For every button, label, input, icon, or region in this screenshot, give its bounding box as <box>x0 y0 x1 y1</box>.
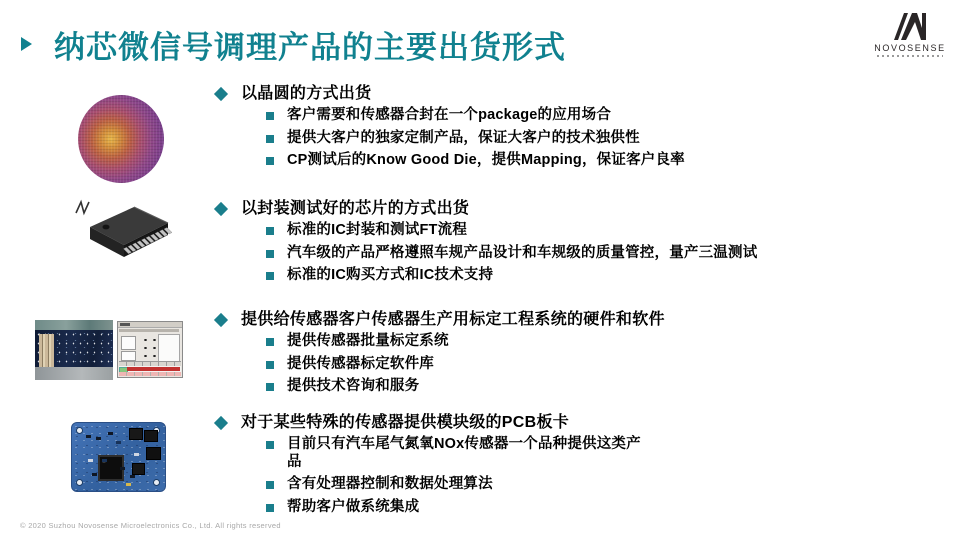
bullet-item: 汽车级的产品严格遵照车规产品设计和车规级的质量管控，量产三温测试 <box>266 245 836 263</box>
bullet-text: 提供技术咨询和服务 <box>287 378 419 396</box>
square-bullet-icon <box>266 157 274 165</box>
novosense-wordmark: NOVOSENSE <box>866 43 954 53</box>
software-progress-bar <box>127 367 180 371</box>
square-bullet-icon <box>266 338 274 346</box>
chip-n-mark-icon <box>76 202 89 213</box>
section-wafer-shipping: 以晶圆的方式出货 客户需要和传感器合封在一个package的应用场合 提供大客户… <box>216 84 836 175</box>
screw-hole <box>76 427 83 434</box>
bullet-text: 提供传感器批量标定系统 <box>287 333 449 351</box>
bullet-item: 目前只有汽车尾气氮氧NOx传感器一个品种提供这类产 品 <box>266 436 836 471</box>
bullet-text: 提供大客户的独家定制产品，保证大客户的技术独供性 <box>287 130 640 148</box>
bullet-item: 客户需要和传感器合封在一个package的应用场合 <box>266 107 836 125</box>
diamond-bullet-icon <box>214 202 228 216</box>
bullet-item: 帮助客户做系统集成 <box>266 499 836 517</box>
section-heading: 以封装测试好的芯片的方式出货 <box>241 199 469 219</box>
section-heading: 对于某些特殊的传感器提供模块级的PCB板卡 <box>241 413 569 433</box>
calibration-software-screenshot <box>117 321 183 378</box>
bullet-text: 客户需要和传感器合封在一个package的应用场合 <box>287 107 611 125</box>
bullet-text: 标准的IC封装和测试FT流程 <box>287 222 467 240</box>
square-bullet-icon <box>266 383 274 391</box>
pcb-component <box>132 463 145 475</box>
square-bullet-icon <box>266 441 274 449</box>
square-bullet-icon <box>266 272 274 280</box>
ic-chip-graphic <box>68 197 178 267</box>
software-panel-box <box>121 351 136 361</box>
software-table-rows <box>119 372 181 376</box>
bullet-item: 含有处理器控制和数据处理算法 <box>266 476 836 494</box>
diamond-bullet-icon <box>214 87 228 101</box>
logo-tagline <box>877 55 943 57</box>
diamond-bullet-icon <box>214 313 228 327</box>
bullet-item: 提供传感器批量标定系统 <box>266 333 836 351</box>
triangle-bullet-icon <box>21 37 32 51</box>
software-table-header <box>119 362 181 366</box>
page-title: 纳芯微信号调理产品的主要出货形式 <box>54 22 566 67</box>
software-panel-box <box>121 336 136 350</box>
bullet-text: 帮助客户做系统集成 <box>287 499 419 517</box>
pcb-component <box>146 447 161 460</box>
software-right-panel <box>158 334 180 362</box>
photo-floor <box>35 367 113 380</box>
bullet-item: 提供传感器标定软件库 <box>266 356 836 374</box>
pcb-component <box>144 430 158 442</box>
screw-hole <box>76 479 83 486</box>
bullet-text: CP测试后的Know Good Die，提供Mapping，保证客户良率 <box>287 152 685 170</box>
square-bullet-icon <box>266 504 274 512</box>
square-bullet-icon <box>266 135 274 143</box>
sensor-strips <box>39 334 54 368</box>
bullet-item: 标准的IC封装和测试FT流程 <box>266 222 836 240</box>
screw-hole <box>153 479 160 486</box>
software-toolbar <box>119 329 179 332</box>
software-status-table <box>119 361 181 376</box>
pcb-main-chip <box>98 455 124 481</box>
bullet-text: 含有处理器控制和数据处理算法 <box>287 476 493 494</box>
diamond-bullet-icon <box>214 416 228 430</box>
bullet-text: 汽车级的产品严格遵照车规产品设计和车规级的质量管控，量产三温测试 <box>287 245 757 263</box>
calibration-equipment-photo <box>35 320 113 380</box>
square-bullet-icon <box>266 250 274 258</box>
section-pcb-module: 对于某些特殊的传感器提供模块级的PCB板卡 目前只有汽车尾气氮氧NOx传感器一个… <box>216 413 836 521</box>
software-title-text <box>120 323 130 326</box>
section-packaged-chip-shipping: 以封装测试好的芯片的方式出货 标准的IC封装和测试FT流程 汽车级的产品严格遵照… <box>216 199 836 290</box>
square-bullet-icon <box>266 112 274 120</box>
novosense-logo-icon <box>887 10 933 42</box>
square-bullet-icon <box>266 361 274 369</box>
novosense-logo: NOVOSENSE <box>866 10 954 57</box>
ic-chip-image <box>68 197 178 267</box>
bullet-item: 标准的IC购买方式和IC技术支持 <box>266 267 836 285</box>
bullet-item: 提供大客户的独家定制产品，保证大客户的技术独供性 <box>266 130 836 148</box>
copyright-text: © 2020 Suzhou Novosense Microelectronics… <box>20 521 281 530</box>
bullet-text: 目前只有汽车尾气氮氧NOx传感器一个品种提供这类产 品 <box>287 436 641 471</box>
bullet-item: 提供技术咨询和服务 <box>266 378 836 396</box>
section-heading: 以晶圆的方式出货 <box>241 84 371 104</box>
software-icon-grid <box>140 335 158 359</box>
bullet-text: 标准的IC购买方式和IC技术支持 <box>287 267 493 285</box>
pcb-board-image <box>71 422 166 492</box>
bullet-text: 提供传感器标定软件库 <box>287 356 434 374</box>
pcb-small-components <box>86 435 91 438</box>
wafer-image <box>78 95 164 183</box>
square-bullet-icon <box>266 227 274 235</box>
section-heading: 提供给传感器客户传感器生产用标定工程系统的硬件和软件 <box>241 310 665 330</box>
square-bullet-icon <box>266 481 274 489</box>
section-calibration-system: 提供给传感器客户传感器生产用标定工程系统的硬件和软件 提供传感器批量标定系统 提… <box>216 310 836 401</box>
pcb-component <box>129 428 143 440</box>
slide: 纳芯微信号调理产品的主要出货形式 NOVOSENSE <box>0 0 960 540</box>
bullet-item: CP测试后的Know Good Die，提供Mapping，保证客户良率 <box>266 152 836 170</box>
